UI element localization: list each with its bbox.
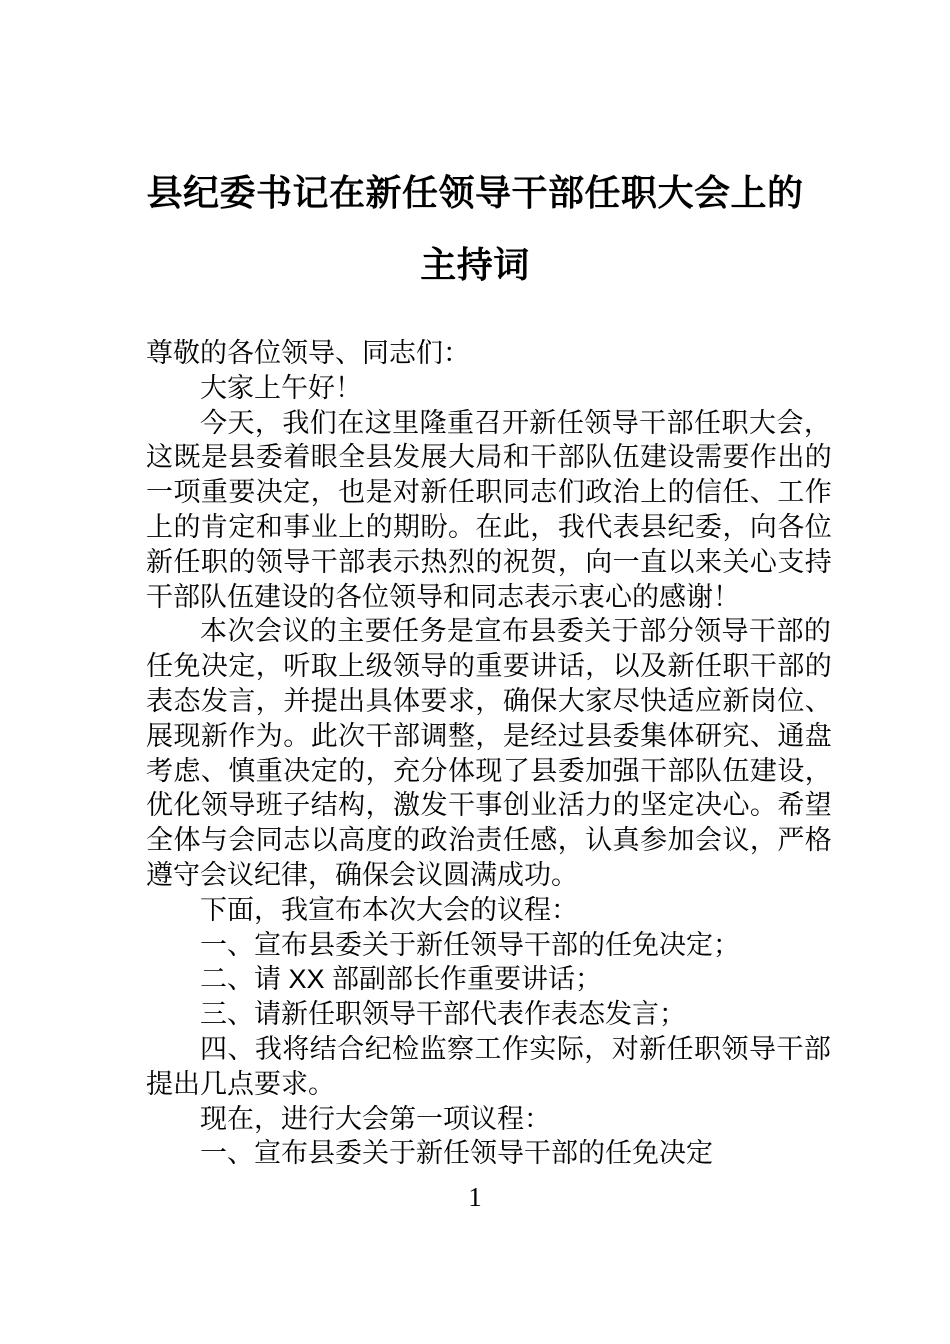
body-line: 干部队伍建设的各位领导和同志表示衷心的感谢！ [146, 580, 806, 615]
body-line: 四、我将结合纪检监察工作实际，对新任职领导干部 [146, 1032, 806, 1067]
body-line: 这既是县委着眼全县发展大局和干部队伍建设需要作出的 [146, 440, 806, 475]
document-body: 尊敬的各位领导、同志们：大家上午好！今天，我们在这里隆重召开新任领导干部任职大会… [146, 336, 806, 1171]
document-title: 县纪委书记在新任领导干部任职大会上的 主持词 [0, 157, 950, 301]
body-line: 尊敬的各位领导、同志们： [146, 336, 806, 371]
body-line: 二、请 XX 部副部长作重要讲话； [146, 962, 806, 997]
body-line: 遵守会议纪律，确保会议圆满成功。 [146, 858, 806, 893]
body-line: 大家上午好！ [146, 371, 806, 406]
body-line: 全体与会同志以高度的政治责任感，认真参加会议，严格 [146, 823, 806, 858]
body-line: 表态发言，并提出具体要求，确保大家尽快适应新岗位、 [146, 684, 806, 719]
document-title-line-1: 县纪委书记在新任领导干部任职大会上的 [0, 157, 950, 229]
body-line: 本次会议的主要任务是宣布县委关于部分领导干部的 [146, 614, 806, 649]
document-title-line-2: 主持词 [0, 229, 950, 301]
body-line: 一、宣布县委关于新任领导干部的任免决定 [146, 1136, 806, 1171]
body-line: 展现新作为。此次干部调整，是经过县委集体研究、通盘 [146, 719, 806, 754]
body-line: 三、请新任职领导干部代表作表态发言； [146, 997, 806, 1032]
document-page: 县纪委书记在新任领导干部任职大会上的 主持词 尊敬的各位领导、同志们：大家上午好… [0, 0, 950, 1344]
body-line: 优化领导班子结构，激发干事创业活力的坚定决心。希望 [146, 788, 806, 823]
body-line: 新任职的领导干部表示热烈的祝贺，向一直以来关心支持 [146, 545, 806, 580]
page-number: 1 [0, 1180, 950, 1215]
body-line: 上的肯定和事业上的期盼。在此，我代表县纪委，向各位 [146, 510, 806, 545]
body-line: 任免决定，听取上级领导的重要讲话，以及新任职干部的 [146, 649, 806, 684]
body-line: 一项重要决定，也是对新任职同志们政治上的信任、工作 [146, 475, 806, 510]
body-line: 下面，我宣布本次大会的议程： [146, 893, 806, 928]
body-line: 提出几点要求。 [146, 1067, 806, 1102]
body-line: 一、宣布县委关于新任领导干部的任免决定； [146, 928, 806, 963]
body-line: 考虑、慎重决定的，充分体现了县委加强干部队伍建设， [146, 754, 806, 789]
body-line: 现在，进行大会第一项议程： [146, 1102, 806, 1137]
body-line: 今天，我们在这里隆重召开新任领导干部任职大会， [146, 406, 806, 441]
